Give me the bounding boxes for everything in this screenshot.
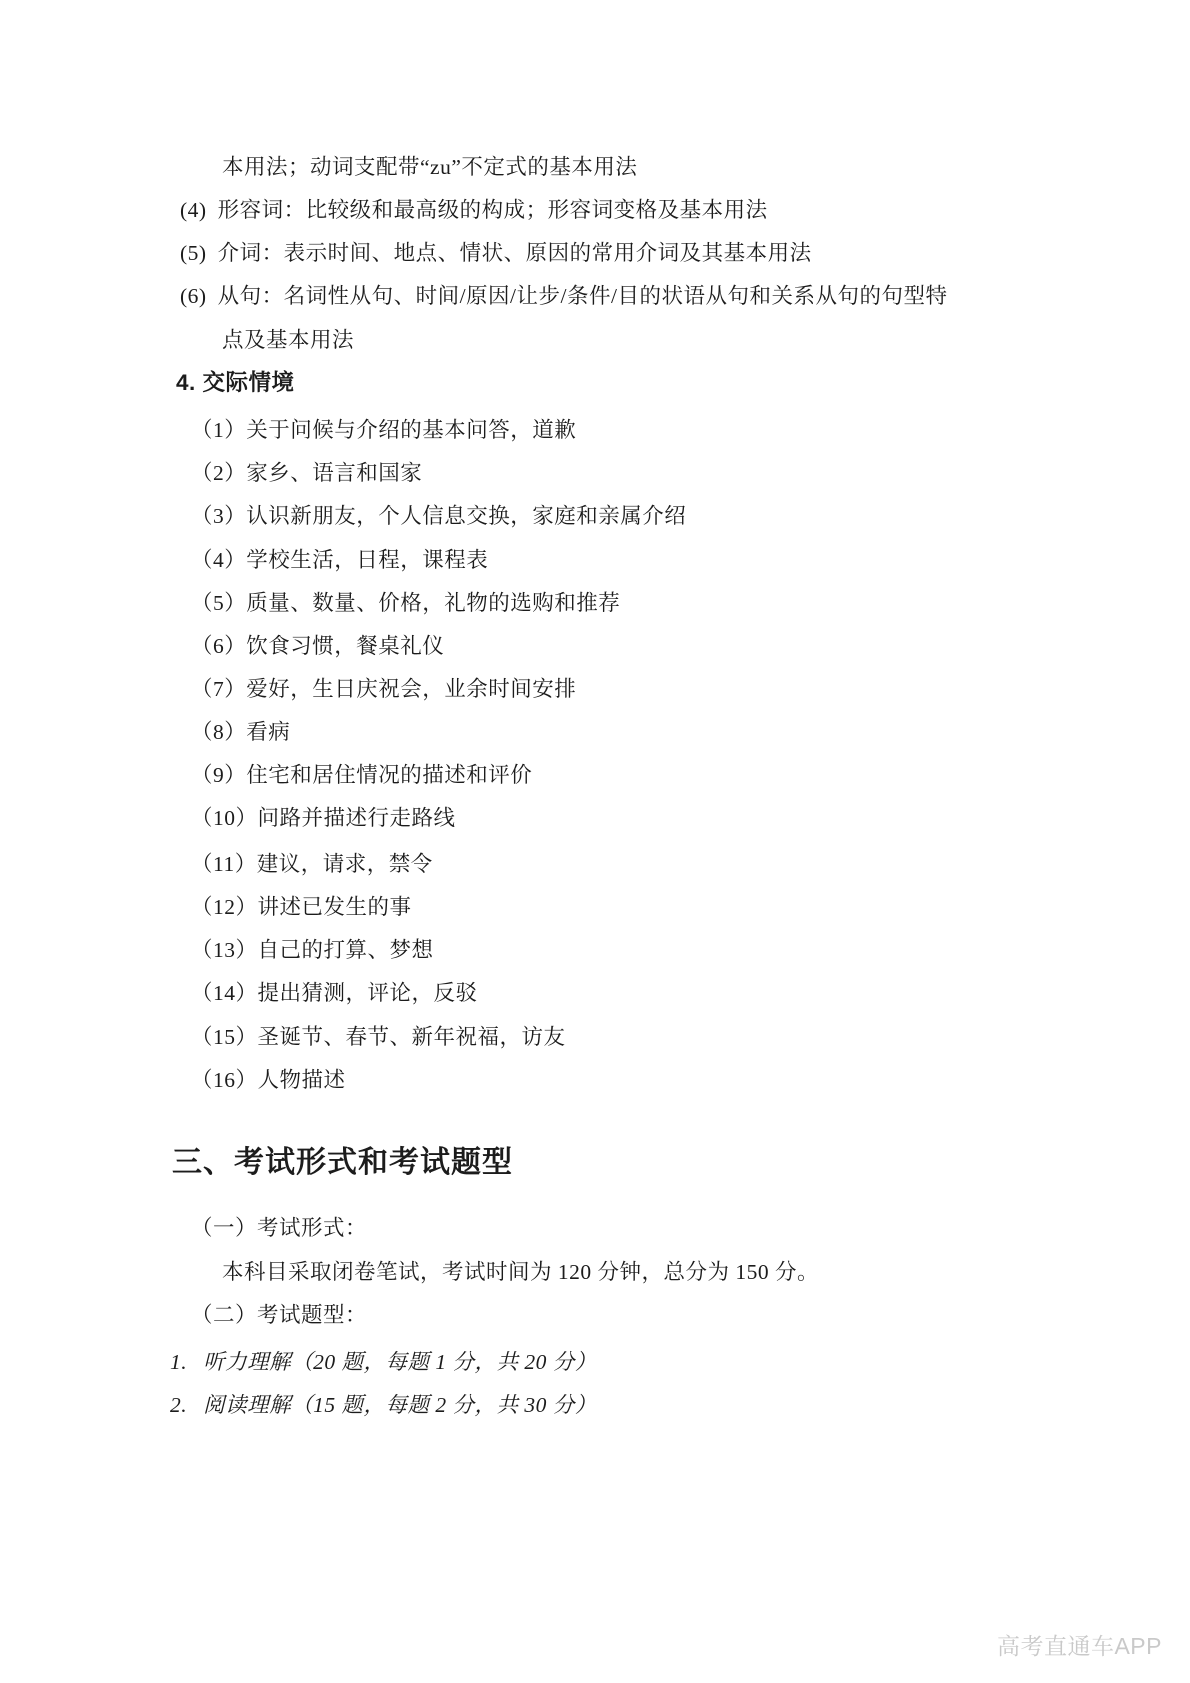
communication-item-12: （12）讲述已发生的事 bbox=[191, 892, 412, 922]
communication-item-3: （3）认识新朋友，个人信息交换，家庭和亲属介绍 bbox=[191, 501, 686, 531]
grammar-item-5-number: (5) bbox=[180, 238, 207, 268]
communication-item-16: （16）人物描述 bbox=[191, 1065, 346, 1095]
exam-section-heading: 三、考试形式和考试题型 bbox=[172, 1148, 513, 1178]
communication-item-5: （5）质量、数量、价格，礼物的选购和推荐 bbox=[191, 588, 620, 618]
grammar-continuation-line-1: 本用法；动词支配带“zu”不定式的基本用法 bbox=[222, 152, 637, 182]
exam-type-item-2-number: 2. bbox=[170, 1390, 187, 1420]
exam-type-label: （二）考试题型： bbox=[191, 1300, 367, 1330]
communication-item-8: （8）看病 bbox=[191, 717, 290, 747]
grammar-continuation-line-2: 点及基本用法 bbox=[222, 325, 354, 355]
exam-type-item-1: 1.听力理解（20 题，每题 1 分，共 20 分） bbox=[170, 1347, 597, 1377]
exam-form-text: 本科目采取闭卷笔试，考试时间为 120 分钟，总分为 150 分。 bbox=[222, 1257, 819, 1287]
grammar-item-4: (4)形容词：比较级和最高级的构成；形容词变格及基本用法 bbox=[180, 195, 768, 225]
grammar-item-4-text: 形容词：比较级和最高级的构成；形容词变格及基本用法 bbox=[218, 198, 768, 222]
communication-section-heading: 4. 交际情境 bbox=[176, 368, 295, 398]
communication-item-14: （14）提出猜测，评论，反驳 bbox=[191, 978, 478, 1008]
communication-item-9: （9）住宅和居住情况的描述和评价 bbox=[191, 760, 532, 790]
exam-form-label: （一）考试形式： bbox=[191, 1213, 367, 1243]
communication-item-15: （15）圣诞节、春节、新年祝福，访友 bbox=[191, 1022, 566, 1052]
exam-type-item-1-text: 听力理解（20 题，每题 1 分，共 20 分） bbox=[203, 1350, 597, 1374]
grammar-item-4-number: (4) bbox=[180, 195, 207, 225]
exam-type-item-2: 2.阅读理解（15 题，每题 2 分，共 30 分） bbox=[170, 1390, 597, 1420]
watermark: 高考直通车APP bbox=[997, 1628, 1162, 1661]
exam-type-item-2-text: 阅读理解（15 题，每题 2 分，共 30 分） bbox=[203, 1393, 597, 1417]
grammar-item-6-number: (6) bbox=[180, 281, 207, 311]
grammar-item-5-text: 介词：表示时间、地点、情状、原因的常用介词及其基本用法 bbox=[218, 241, 812, 265]
communication-item-4: （4）学校生活，日程，课程表 bbox=[191, 545, 488, 575]
communication-item-11: （11）建议，请求，禁令 bbox=[191, 849, 433, 879]
document-page: 本用法；动词支配带“zu”不定式的基本用法 (4)形容词：比较级和最高级的构成；… bbox=[0, 0, 1190, 1683]
communication-item-2: （2）家乡、语言和国家 bbox=[191, 458, 422, 488]
exam-type-item-1-number: 1. bbox=[170, 1347, 187, 1377]
grammar-item-5: (5)介词：表示时间、地点、情状、原因的常用介词及其基本用法 bbox=[180, 238, 812, 268]
communication-item-6: （6）饮食习惯，餐桌礼仪 bbox=[191, 631, 444, 661]
grammar-item-6-text: 从句：名词性从句、时间/原因/让步/条件/目的状语从句和关系从句的句型特 bbox=[218, 284, 948, 308]
communication-item-7: （7）爱好，生日庆祝会，业余时间安排 bbox=[191, 674, 576, 704]
communication-item-13: （13）自己的打算、梦想 bbox=[191, 935, 434, 965]
grammar-item-6: (6)从句：名词性从句、时间/原因/让步/条件/目的状语从句和关系从句的句型特 bbox=[180, 281, 947, 311]
communication-item-1: （1）关于问候与介绍的基本问答，道歉 bbox=[191, 415, 576, 445]
communication-item-10: （10）问路并描述行走路线 bbox=[191, 803, 456, 833]
